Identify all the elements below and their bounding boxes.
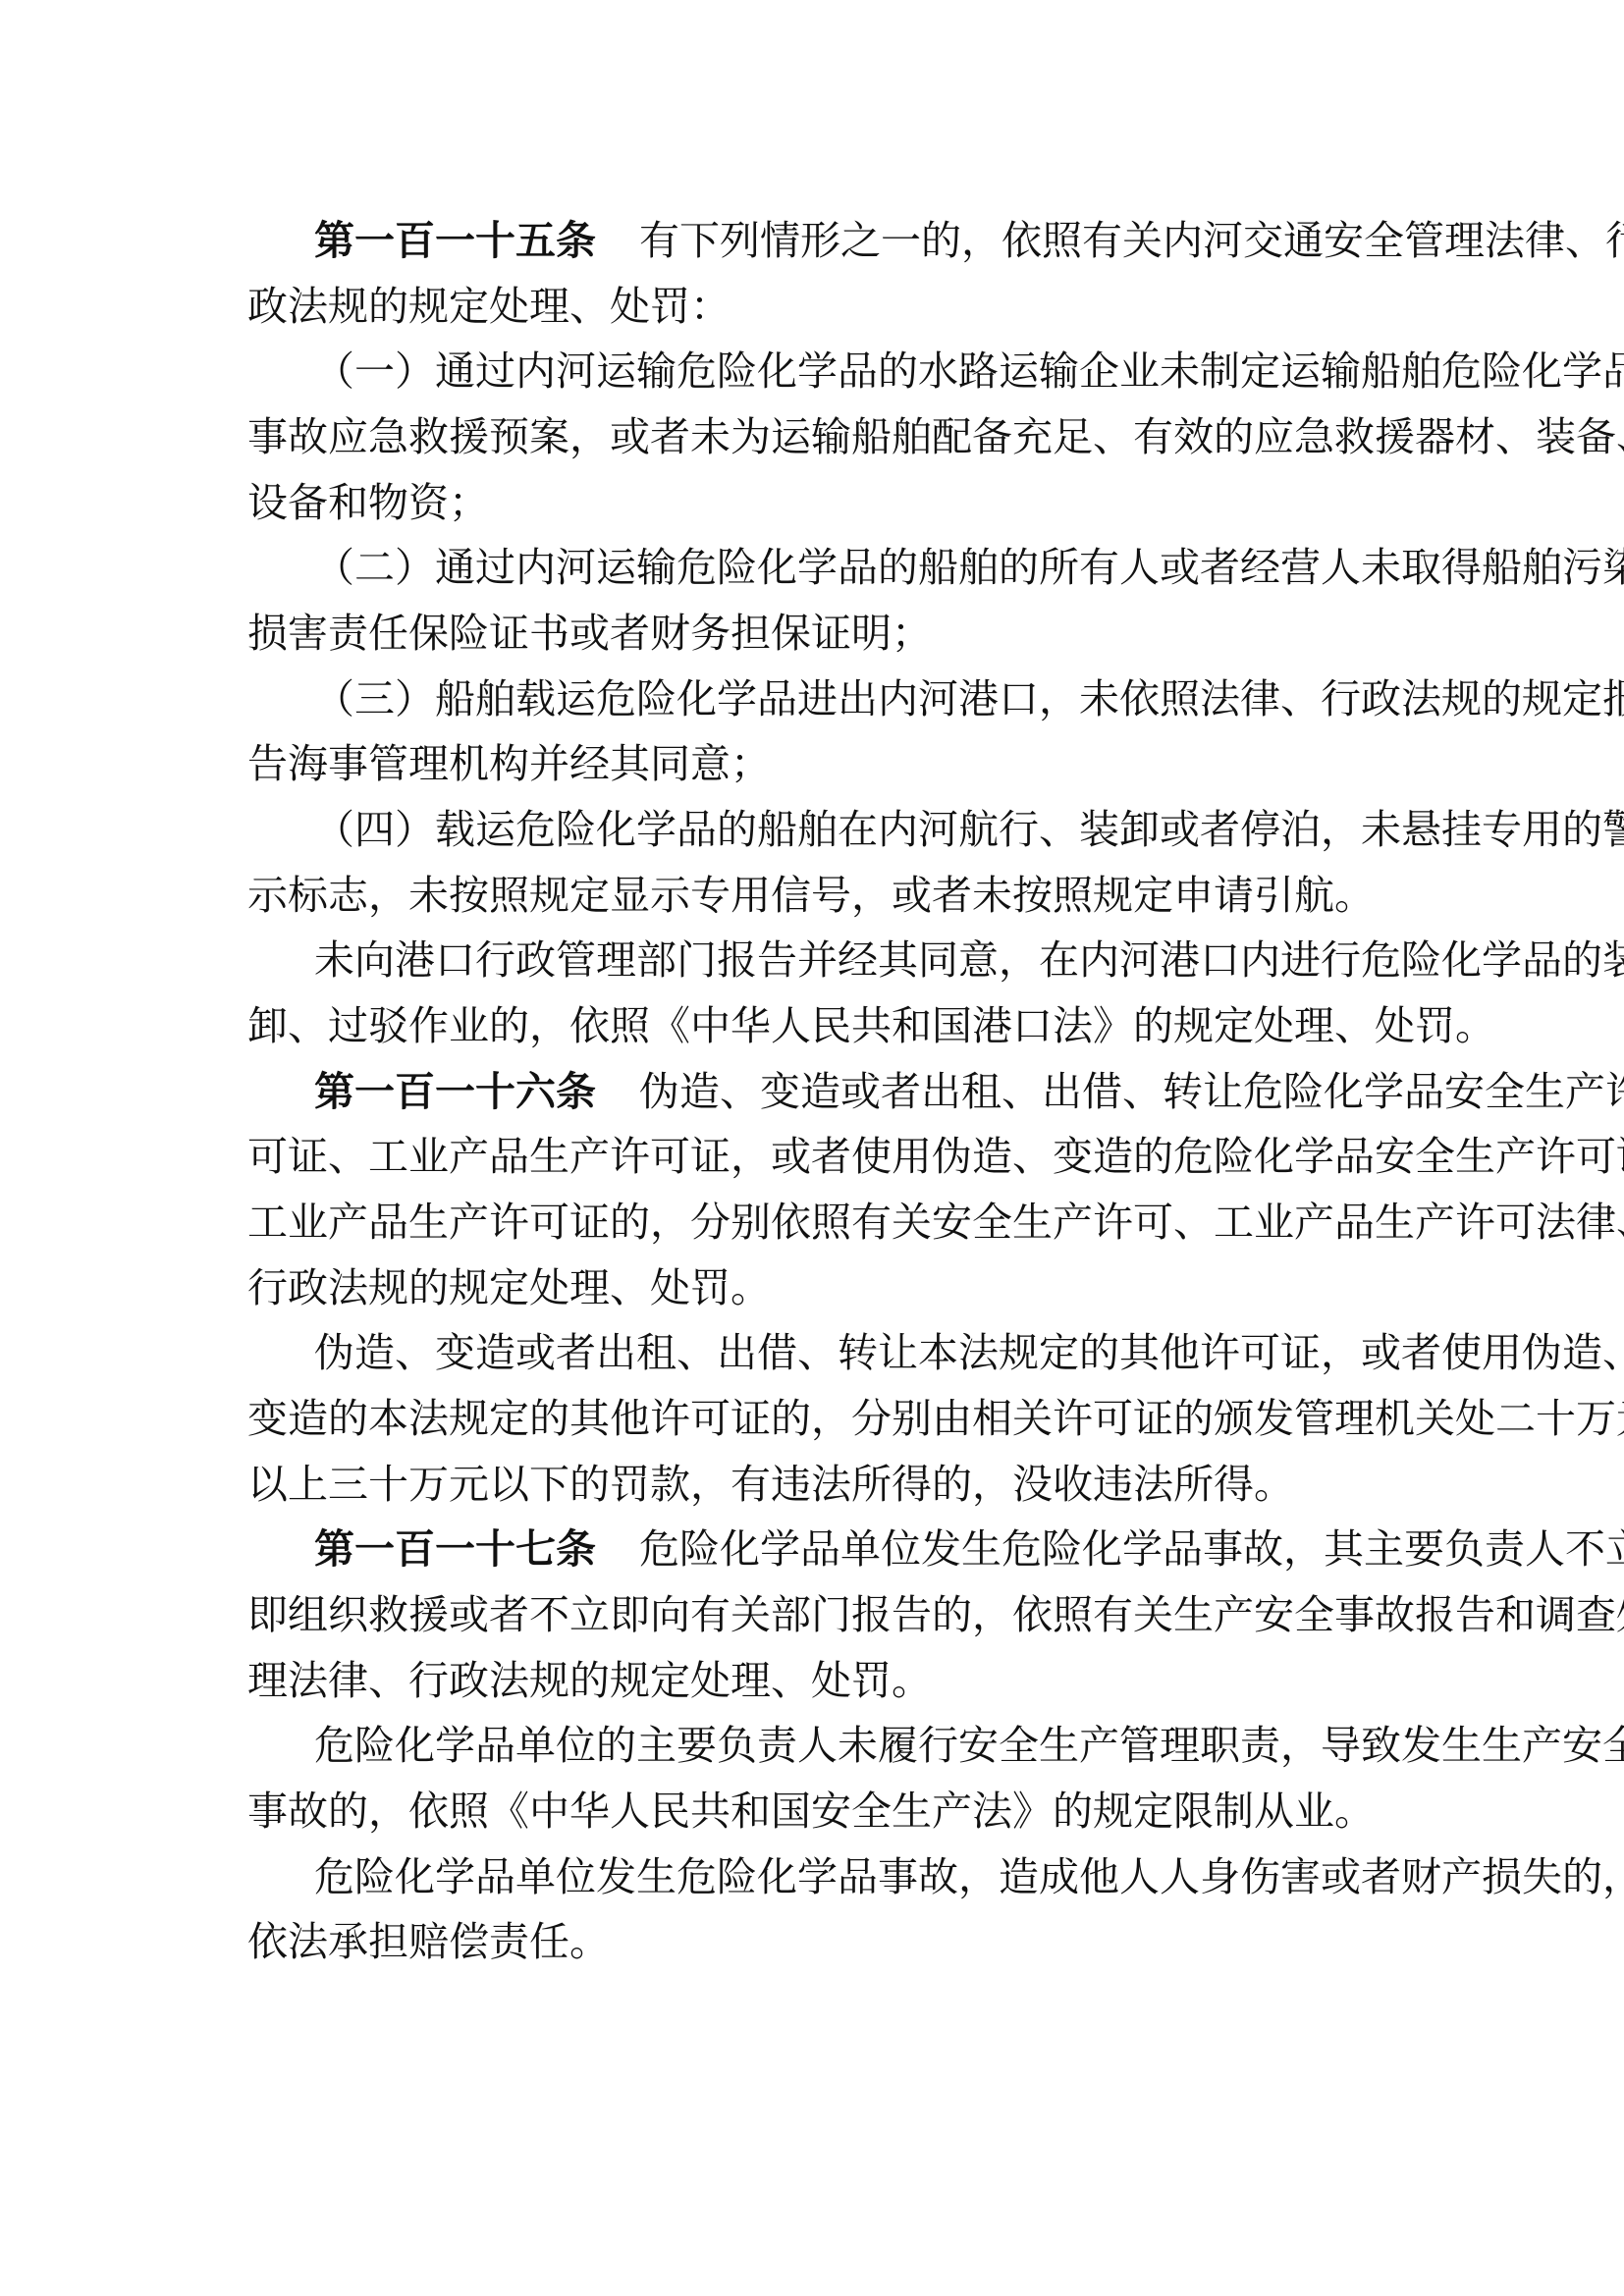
item-2-line-1: （二）通过内河运输危险化学品的船舶的所有人或者经营人未取得船舶污染 [314, 545, 1375, 590]
item-3-line-1: （三）船舶载运危险化学品进出内河港口，未依照法律、行政法规的规定报 [314, 676, 1375, 721]
article-heading: 第一百一十六条 [314, 1068, 596, 1115]
responsibility-paragraph-line-1: 危险化学品单位的主要负责人未履行安全生产管理职责，导致发生生产安全 [314, 1723, 1375, 1768]
article-text: 危险化学品单位发生危险化学品事故，其主要负责人不立 [639, 1526, 1624, 1572]
compensation-paragraph-line-1: 危险化学品单位发生危险化学品事故，造成他人人身伤害或者财产损失的， [314, 1854, 1375, 1899]
item-1-line-1: （一）通过内河运输危险化学品的水路运输企业未制定运输船舶危险化学品 [314, 348, 1375, 394]
article-heading: 第一百一十五条 [314, 217, 596, 264]
forgery-paragraph-line-2: 变造的本法规定的其他许可证的，分别由相关许可证的颁发管理机关处二十万元 [247, 1396, 1375, 1441]
document-page: 第一百一十五条有下列情形之一的，依照有关内河交通安全管理法律、行 政法规的规定处… [0, 0, 1624, 2296]
article-117-line-1: 第一百一十七条危险化学品单位发生危险化学品事故，其主要负责人不立 [314, 1526, 1375, 1572]
article-117-line-3: 理法律、行政法规的规定处理、处罚。 [247, 1658, 1375, 1703]
article-115-line-2: 政法规的规定处理、处罚： [247, 284, 1375, 329]
item-3-line-2: 告海事管理机构并经其同意； [247, 741, 1375, 786]
article-116-line-2: 可证、工业产品生产许可证，或者使用伪造、变造的危险化学品安全生产许可证、 [247, 1134, 1375, 1179]
article-116-line-1: 第一百一十六条伪造、变造或者出租、出借、转让危险化学品安全生产许 [314, 1069, 1375, 1114]
forgery-paragraph-line-3: 以上三十万元以下的罚款，有违法所得的，没收违法所得。 [247, 1462, 1375, 1507]
item-1-line-2: 事故应急救援预案，或者未为运输船舶配备充足、有效的应急救援器材、装备、 [247, 414, 1375, 459]
article-text: 伪造、变造或者出租、出借、转让危险化学品安全生产许 [639, 1069, 1624, 1114]
forgery-paragraph-line-1: 伪造、变造或者出租、出借、转让本法规定的其他许可证，或者使用伪造、 [314, 1330, 1375, 1375]
port-paragraph-line-1: 未向港口行政管理部门报告并经其同意，在内河港口内进行危险化学品的装 [314, 937, 1375, 983]
item-1-line-3: 设备和物资； [247, 480, 1375, 525]
article-116-line-4: 行政法规的规定处理、处罚。 [247, 1265, 1375, 1310]
article-115-line-1: 第一百一十五条有下列情形之一的，依照有关内河交通安全管理法律、行 [314, 218, 1375, 263]
item-2-line-2: 损害责任保险证书或者财务担保证明； [247, 611, 1375, 656]
article-117-line-2: 即组织救援或者不立即向有关部门报告的，依照有关生产安全事故报告和调查处 [247, 1592, 1375, 1637]
port-paragraph-line-2: 卸、过驳作业的，依照《中华人民共和国港口法》的规定处理、处罚。 [247, 1003, 1375, 1048]
item-4-line-1: （四）载运危险化学品的船舶在内河航行、装卸或者停泊，未悬挂专用的警 [314, 807, 1375, 852]
article-text: 有下列情形之一的，依照有关内河交通安全管理法律、行 [639, 218, 1624, 263]
responsibility-paragraph-line-2: 事故的，依照《中华人民共和国安全生产法》的规定限制从业。 [247, 1789, 1375, 1834]
compensation-paragraph-line-2: 依法承担赔偿责任。 [247, 1919, 1375, 1964]
article-heading: 第一百一十七条 [314, 1525, 596, 1573]
article-116-line-3: 工业产品生产许可证的，分别依照有关安全生产许可、工业产品生产许可法律、 [247, 1200, 1375, 1245]
item-4-line-2: 示标志，未按照规定显示专用信号，或者未按照规定申请引航。 [247, 873, 1375, 918]
